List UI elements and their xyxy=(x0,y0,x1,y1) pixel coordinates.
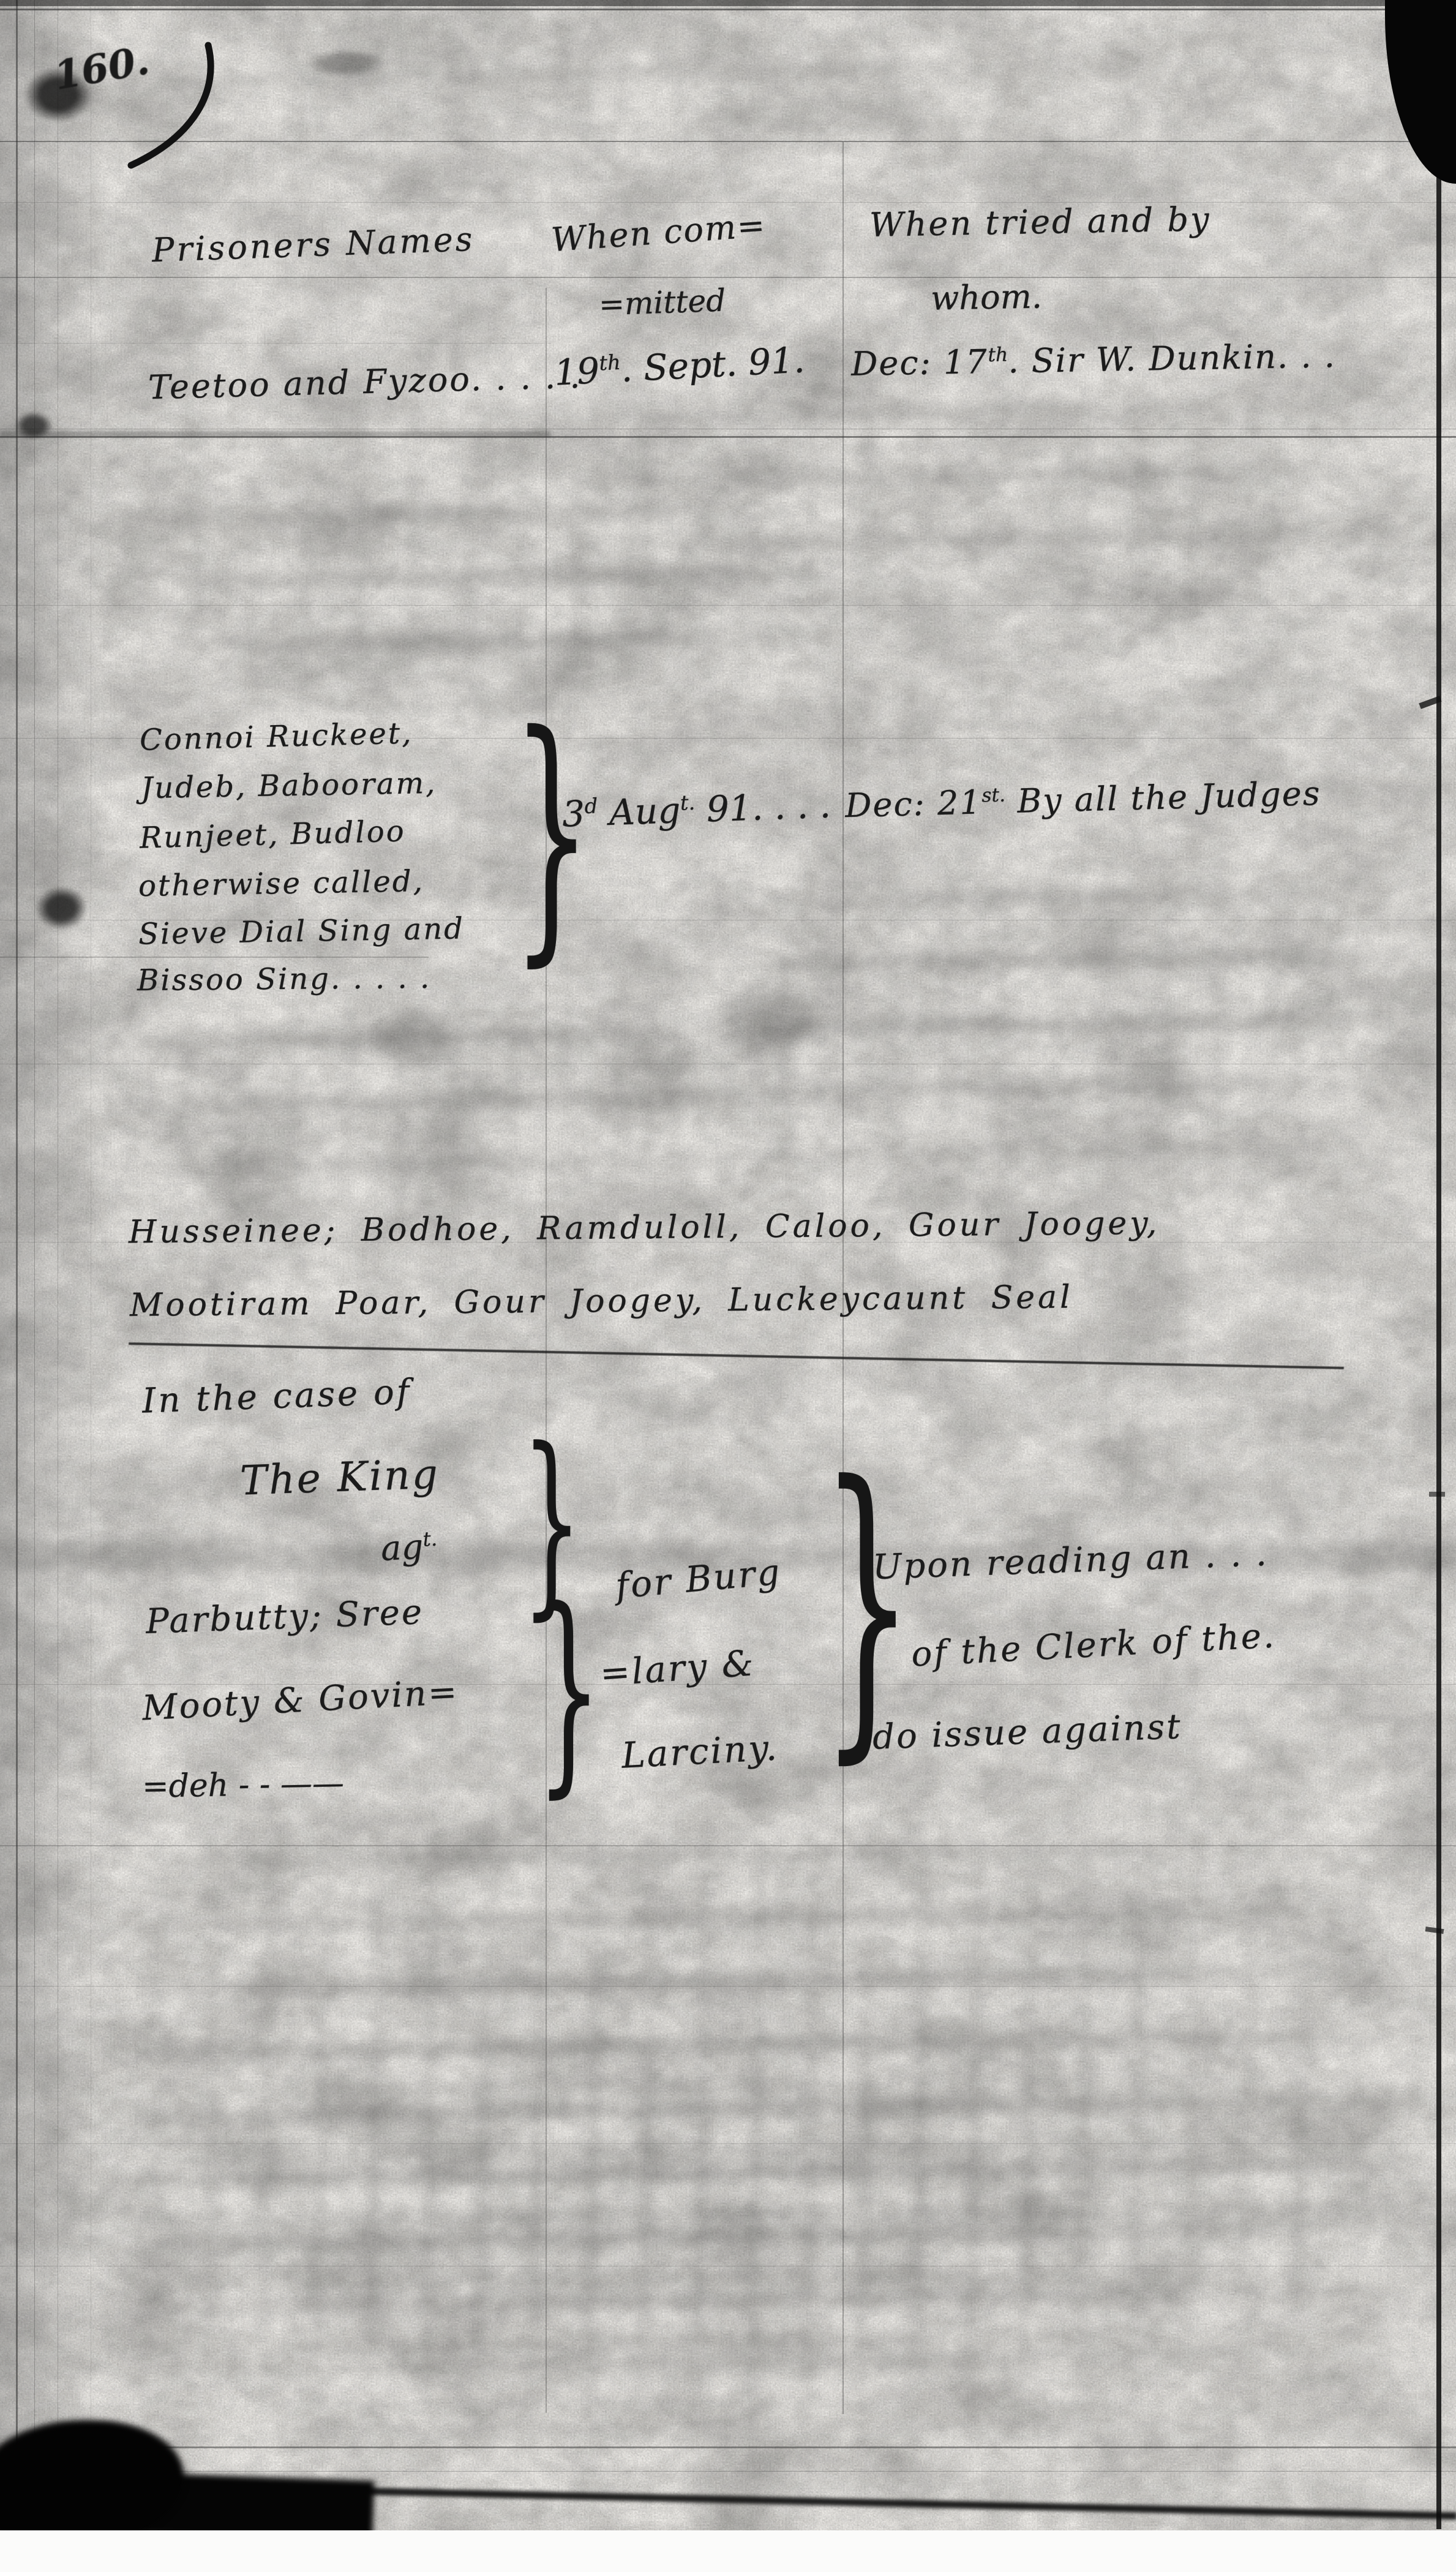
scan-streak xyxy=(0,202,1456,203)
scan-streak xyxy=(0,2143,1456,2144)
case-defendant-line-3: =deh - - —— xyxy=(142,1767,345,1803)
scan-streak xyxy=(0,957,429,958)
committed-month: Aug xyxy=(597,789,681,834)
binding-crease-line xyxy=(16,0,18,2529)
entry-2-tried: Dec: 21st. By all the Judges xyxy=(844,776,1321,824)
col-header-committed-line2: =mitted xyxy=(598,284,726,321)
tried-date: Dec: 17 xyxy=(850,342,988,383)
case-defendant-brace: } xyxy=(536,1590,602,1791)
binding-crease-line xyxy=(58,0,58,2529)
ink-spot xyxy=(15,412,53,440)
tried-rest: . Sir W. Dunkin. . . xyxy=(1008,336,1336,380)
case-plaintiff: The King xyxy=(239,1453,440,1502)
divider-underline xyxy=(129,1342,1344,1369)
scan-streak xyxy=(0,1064,1456,1064)
ghost-text-block xyxy=(159,37,1139,135)
entry-2-names-line-2: Judeb, Babooram, xyxy=(141,768,437,804)
case-plaintiff-brace: } xyxy=(522,1431,582,1614)
col-header-tried-line2: whom. xyxy=(931,279,1043,316)
bottom-left-dark-wedge xyxy=(0,2467,375,2542)
committed-rest: . Sept. 91. xyxy=(620,339,806,390)
scan-streak xyxy=(0,429,1456,429)
committed-date: 3 xyxy=(561,792,585,835)
binding-crease-line xyxy=(91,0,91,2529)
smudge xyxy=(367,1004,465,1075)
entry-2-names-line-1: Connoi Ruckeet, xyxy=(139,718,413,756)
tried-date-suffix: st. xyxy=(981,784,1006,807)
ghost-text-block xyxy=(104,998,827,1206)
ghost-text-block xyxy=(182,2047,1348,2423)
scan-streak xyxy=(0,1986,1456,1987)
top-edge-shadow xyxy=(0,0,1456,6)
scan-streak xyxy=(0,343,551,344)
committed-date: 19 xyxy=(553,350,600,394)
right-margin-mark xyxy=(1429,1492,1445,1497)
prisoner-list-line-2: Mootiram Poar, Gour Joogey, Luckeycaunt … xyxy=(130,1280,1073,1322)
case-note-line-3: do issue against xyxy=(872,1709,1182,1756)
scan-streak xyxy=(0,431,551,437)
charge-brace: } xyxy=(820,1459,914,1751)
case-note-line-2: of the Clerk of the. xyxy=(910,1618,1277,1673)
table-column-rule-1 xyxy=(546,288,547,2413)
smudge xyxy=(704,974,833,1066)
tried-date: Dec: 21 xyxy=(844,783,982,825)
case-defendant-line-1: Parbutty; Sree xyxy=(145,1595,424,1641)
entry-2-committed: 3d Augt. 91. . . . xyxy=(561,786,831,833)
charge-line-1: for Burg xyxy=(614,1553,783,1604)
tried-date-suffix: th xyxy=(988,344,1008,366)
right-edge-shadow xyxy=(1436,0,1441,2529)
entry-2-names-line-5: Sieve Dial Sing and xyxy=(138,913,465,950)
charge-line-3: Larciny. xyxy=(621,1729,780,1774)
entry-1-tried: Dec: 17th. Sir W. Dunkin. . . xyxy=(851,339,1337,382)
scan-streak xyxy=(0,605,1456,606)
page-number: 160. xyxy=(51,40,152,97)
scan-streak xyxy=(0,436,1456,438)
scanned-register-page: 160. Prisoners Names When com= =mitted W… xyxy=(0,0,1456,2572)
scan-streak xyxy=(0,1845,1456,1846)
tried-rest: By all the Judges xyxy=(1005,774,1321,821)
versus-suffix: t. xyxy=(422,1527,438,1551)
charge-line-2: =lary & xyxy=(599,1644,756,1692)
col-header-prisoners-names: Prisoners Names xyxy=(151,222,475,268)
smudge xyxy=(306,49,386,77)
ghost-text-block xyxy=(759,857,1408,1200)
prisoner-list-line-1: Husseinee; Bodhoe, Ramduloll, Caloo, Gou… xyxy=(129,1207,1160,1249)
case-note-line-1: Upon reading an . . . xyxy=(872,1536,1269,1586)
binding-crease-line xyxy=(34,0,35,2529)
entry-1-committed: 19th. Sept. 91. xyxy=(554,341,806,391)
case-defendant-line-2: Mooty & Govin= xyxy=(141,1675,460,1728)
scan-streak xyxy=(0,9,1456,10)
right-margin-mark xyxy=(1419,696,1441,709)
case-intro: In the case of xyxy=(141,1374,412,1419)
right-margin-mark xyxy=(1425,1927,1444,1934)
scanner-bed-strip xyxy=(0,2530,1456,2572)
bottom-left-blob xyxy=(0,2420,184,2549)
left-gutter-shading xyxy=(0,0,98,2529)
case-versus: agt. xyxy=(380,1529,439,1568)
top-right-corner-shadow xyxy=(1385,0,1456,184)
committed-date-suffix: d xyxy=(584,794,598,818)
page-fold-shadow xyxy=(92,2481,1456,2520)
entry-1-names: Teetoo and Fyzoo. . . . . xyxy=(148,359,582,405)
ghost-text-block xyxy=(171,475,833,713)
entry-2-names-line-3: Runjeet, Budloo xyxy=(139,816,406,854)
entry-2-names-line-6: Bissoo Sing. . . . . xyxy=(137,963,432,996)
ink-spot xyxy=(36,887,87,930)
scan-streak xyxy=(147,2446,1456,2448)
committed-rest: 91. . . . xyxy=(694,784,831,830)
scan-streak xyxy=(0,277,1456,278)
scan-streak xyxy=(0,2471,1456,2472)
scan-streak xyxy=(0,141,1456,142)
ghost-text-block xyxy=(569,374,1402,637)
table-column-rule-2 xyxy=(842,142,844,2414)
committed-date-suffix: th xyxy=(598,350,621,375)
versus-text: ag xyxy=(380,1527,424,1570)
ghost-text-block xyxy=(135,1819,1420,2456)
scan-streak xyxy=(0,2266,1456,2266)
committed-month-suffix: t. xyxy=(680,791,696,815)
col-header-committed-line1: When com= xyxy=(550,208,767,258)
col-header-tried-line1: When tried and by xyxy=(869,202,1211,243)
entry-2-names-line-4: otherwise called, xyxy=(138,866,425,902)
